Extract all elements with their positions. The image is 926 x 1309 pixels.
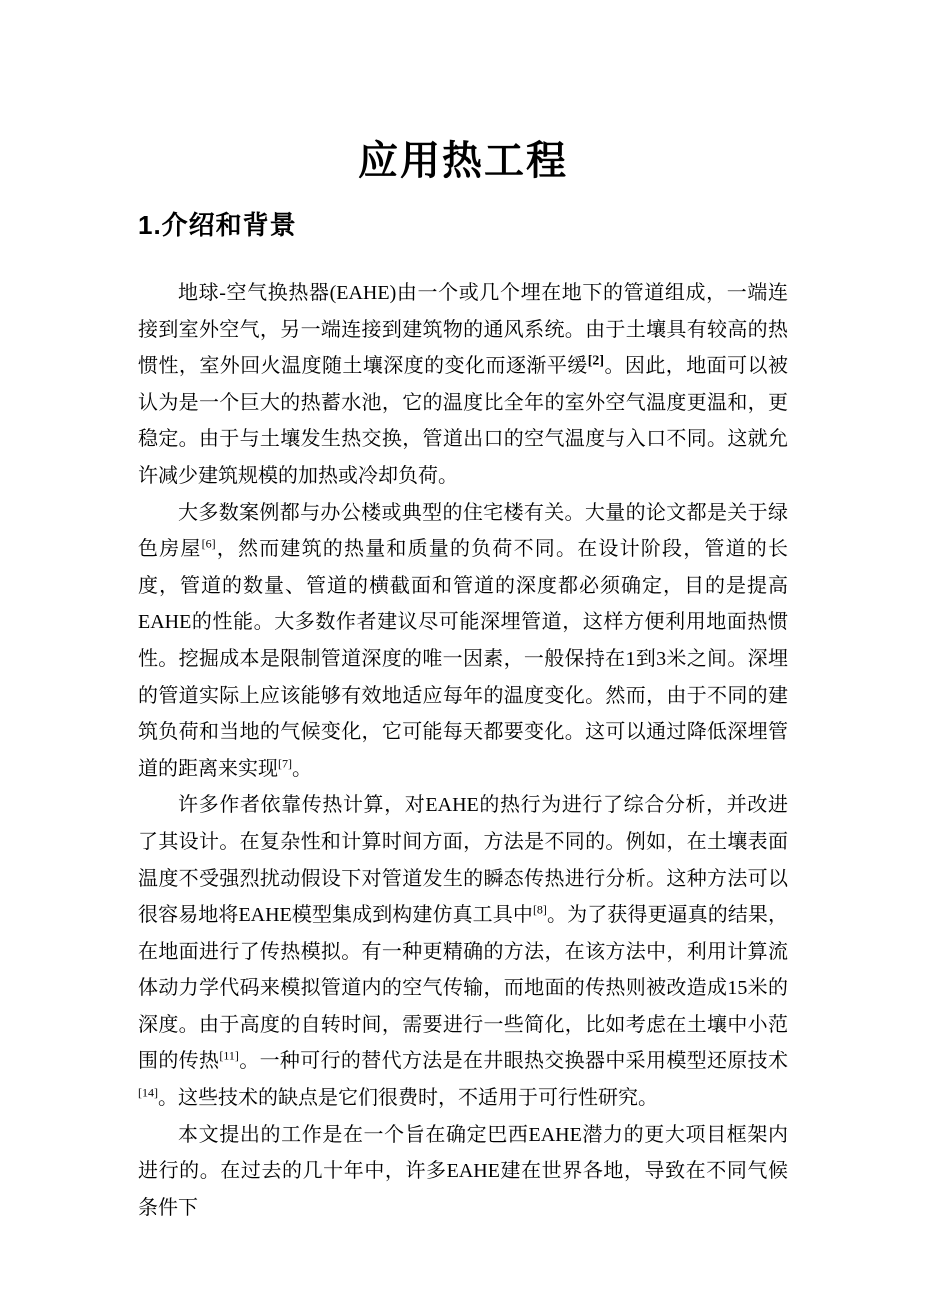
paragraph: 许多作者依靠传热计算，对EAHE的热行为进行了综合分析，并改进了其设计。在复杂性… xyxy=(138,787,788,1116)
citation-ref: [6] xyxy=(202,537,216,551)
body-paragraphs: 地球-空气换热器(EAHE)由一个或几个埋在地下的管道组成，一端连接到室外空气，… xyxy=(138,275,788,1226)
paper-title: 应用热工程 xyxy=(0,135,926,187)
document-page: 应用热工程 1.介绍和背景 地球-空气换热器(EAHE)由一个或几个埋在地下的管… xyxy=(0,0,926,1309)
citation-ref: [14] xyxy=(138,1085,158,1099)
text-run: 。一种可行的替代方法是在井眼热交换器中采用模型还原技术 xyxy=(239,1050,788,1072)
text-run: 。 xyxy=(292,758,312,780)
paragraph: 地球-空气换热器(EAHE)由一个或几个埋在地下的管道组成，一端连接到室外空气，… xyxy=(138,275,788,495)
paragraph: 本文提出的工作是在一个旨在确定巴西EAHE潜力的更大项目框架内进行的。在过去的几… xyxy=(138,1117,788,1227)
text-run: 。这些技术的缺点是它们很费时，不适用于可行性研究。 xyxy=(158,1087,658,1109)
text-run: 。为了获得更逼真的结果，在地面进行了传热模拟。有一种更精确的方法，在该方法中，利… xyxy=(138,904,788,1072)
text-run: 本文提出的工作是在一个旨在确定巴西EAHE潜力的更大项目框架内进行的。在过去的几… xyxy=(138,1124,788,1219)
citation-ref: [7] xyxy=(278,756,292,770)
section-heading-introduction: 1.介绍和背景 xyxy=(138,208,788,242)
citation-ref: [2] xyxy=(588,354,604,369)
citation-ref: [11] xyxy=(219,1049,239,1063)
text-run: ，然而建筑的热量和质量的负荷不同。在设计阶段，管道的长度，管道的数量、管道的横截… xyxy=(138,538,788,780)
citation-ref: [8] xyxy=(533,902,547,916)
paragraph: 大多数案例都与办公楼或典型的住宅楼有关。大量的论文都是关于绿色房屋[6]，然而建… xyxy=(138,495,788,788)
